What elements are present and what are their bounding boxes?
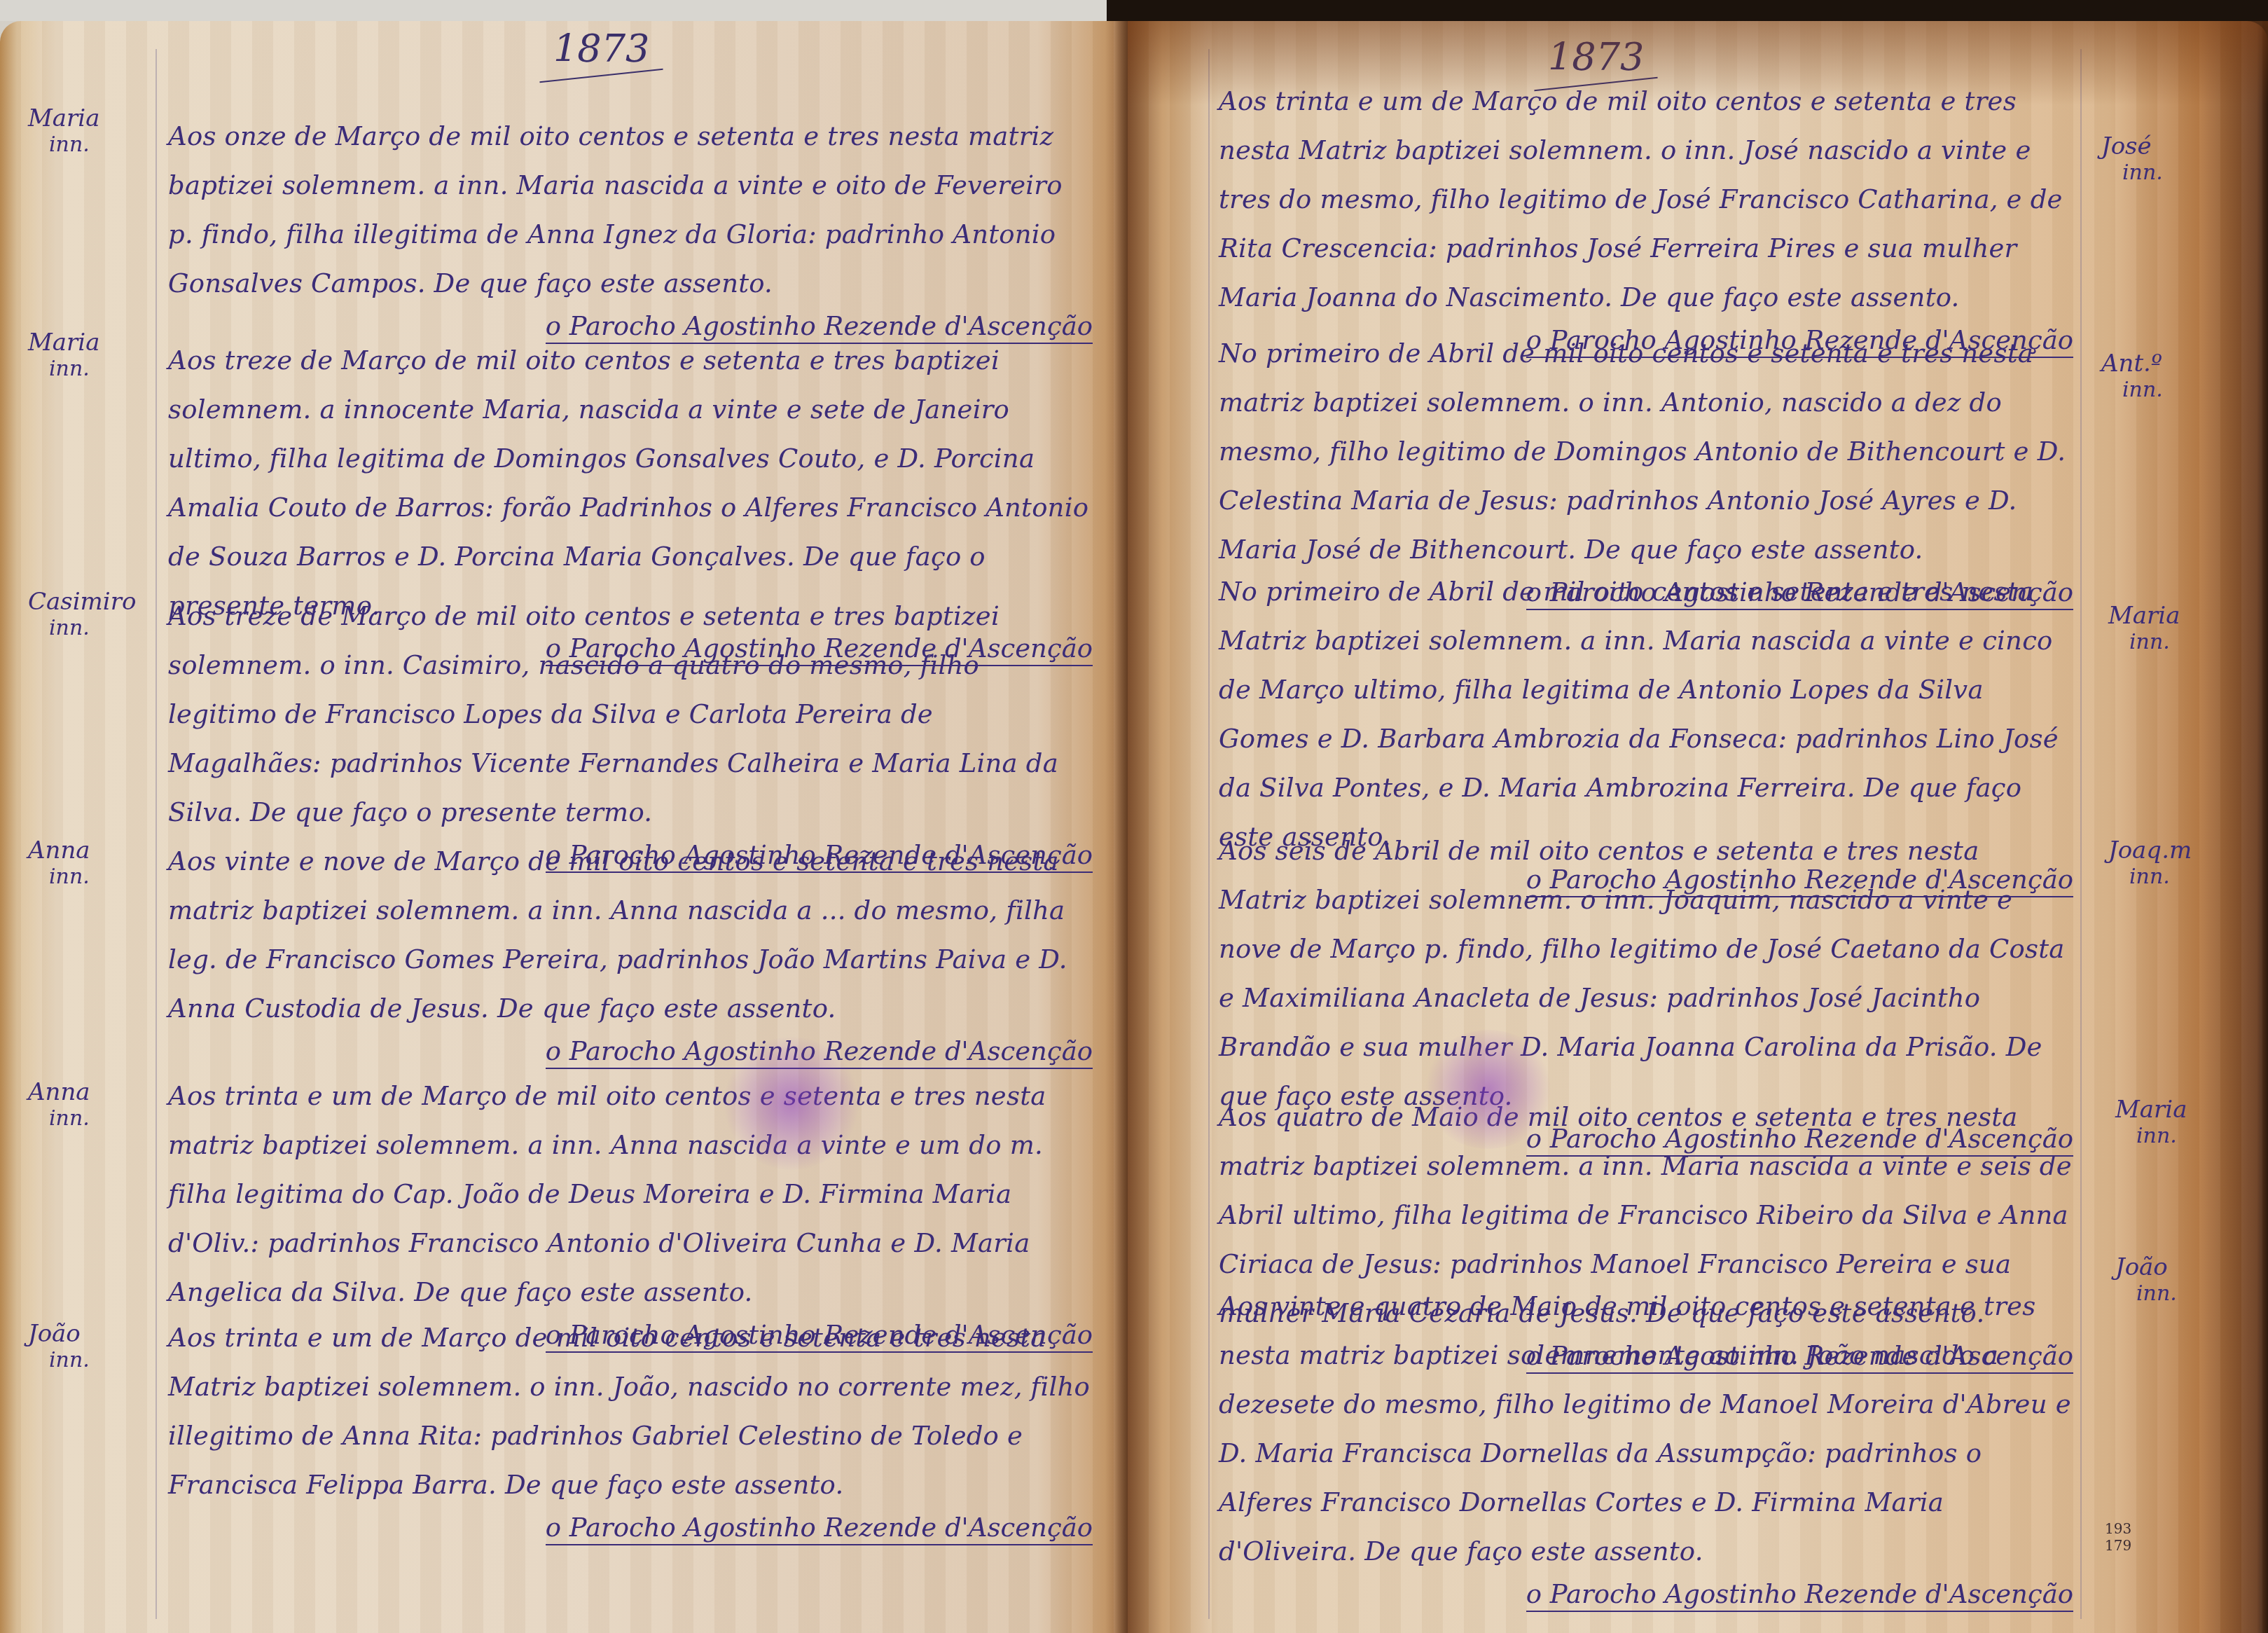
baptism-entry: No primeiro de Abril de mil oito centos … xyxy=(1219,329,2073,607)
ink-stamp-blot xyxy=(721,1037,862,1170)
margin-name: Mariainn. xyxy=(28,329,99,383)
margin-name: Casimiroinn. xyxy=(28,588,136,642)
entry-text: Aos trinta e um de Março de mil oito cen… xyxy=(1219,77,2073,322)
margin-name: Joãoinn. xyxy=(2115,1254,2177,1307)
folio-marks: 193 179 xyxy=(2105,1520,2131,1554)
margin-name: Annainn. xyxy=(28,1079,90,1132)
entry-text: Aos vinte e quatro de Maio de mil oito c… xyxy=(1219,1282,2073,1576)
entry-text: Aos trinta e um de Março de mil oito cen… xyxy=(168,1314,1093,1510)
margin-name: Joaq.minn. xyxy=(2108,837,2192,890)
baptism-entry: Aos trinta e um de Março de mil oito cen… xyxy=(1219,77,2073,355)
margin-rule xyxy=(1208,49,1210,1619)
baptism-entry: Aos vinte e nove de Março de mil oito ce… xyxy=(168,837,1093,1066)
year-header: 1873 xyxy=(553,27,649,71)
parish-priest-signature: o Parocho Agostinho Rezende d'Ascenção xyxy=(168,1513,1093,1543)
baptism-entry: Aos vinte e quatro de Maio de mil oito c… xyxy=(1219,1282,2073,1609)
margin-name: Mariainn. xyxy=(2108,602,2180,656)
margin-name: Ant.ºinn. xyxy=(2101,350,2163,404)
parish-priest-signature: o Parocho Agostinho Rezende d'Ascenção xyxy=(168,1036,1093,1066)
year-header: 1873 xyxy=(1548,35,1644,79)
margin-name: Mariainn. xyxy=(2115,1096,2187,1150)
baptism-entry: Aos trinta e um de Março de mil oito cen… xyxy=(168,1072,1093,1350)
entry-text: Aos trinta e um de Março de mil oito cen… xyxy=(168,1072,1093,1317)
entry-text: Aos treze de Março de mil oito centos e … xyxy=(168,336,1093,631)
right-page: 1873 Joséinn. Aos trinta e um de Março d… xyxy=(1128,21,2268,1633)
parish-priest-signature: o Parocho Agostinho Rezende d'Ascenção xyxy=(1219,1579,2073,1609)
entry-text: Aos onze de Março de mil oito centos e s… xyxy=(168,112,1093,308)
open-register-book: 1873 Mariainn. Aos onze de Março de mil … xyxy=(0,21,2268,1633)
entry-text: Aos seis de Abril de mil oito centos e s… xyxy=(1219,827,2073,1121)
entry-text: No primeiro de Abril de mil oito centos … xyxy=(1219,329,2073,574)
ink-stamp-blot xyxy=(1422,1030,1555,1149)
baptism-entry: Aos onze de Março de mil oito centos e s… xyxy=(168,112,1093,341)
margin-name: Annainn. xyxy=(28,837,90,890)
margin-rule-right xyxy=(2080,49,2082,1619)
left-page: 1873 Mariainn. Aos onze de Março de mil … xyxy=(0,21,1128,1633)
margin-name: Joséinn. xyxy=(2101,133,2163,186)
margin-name: Mariainn. xyxy=(28,105,99,158)
margin-rule xyxy=(155,49,157,1619)
entry-text: Aos treze de Março de mil oito centos e … xyxy=(168,592,1093,837)
baptism-entry: Aos treze de Março de mil oito centos e … xyxy=(168,592,1093,870)
baptism-entry: Aos trinta e um de Março de mil oito cen… xyxy=(168,1314,1093,1543)
entry-text: No primeiro de Abril de mil oito centos … xyxy=(1219,567,2073,862)
entry-text: Aos vinte e nove de Março de mil oito ce… xyxy=(168,837,1093,1033)
margin-name: Joãoinn. xyxy=(28,1321,90,1374)
